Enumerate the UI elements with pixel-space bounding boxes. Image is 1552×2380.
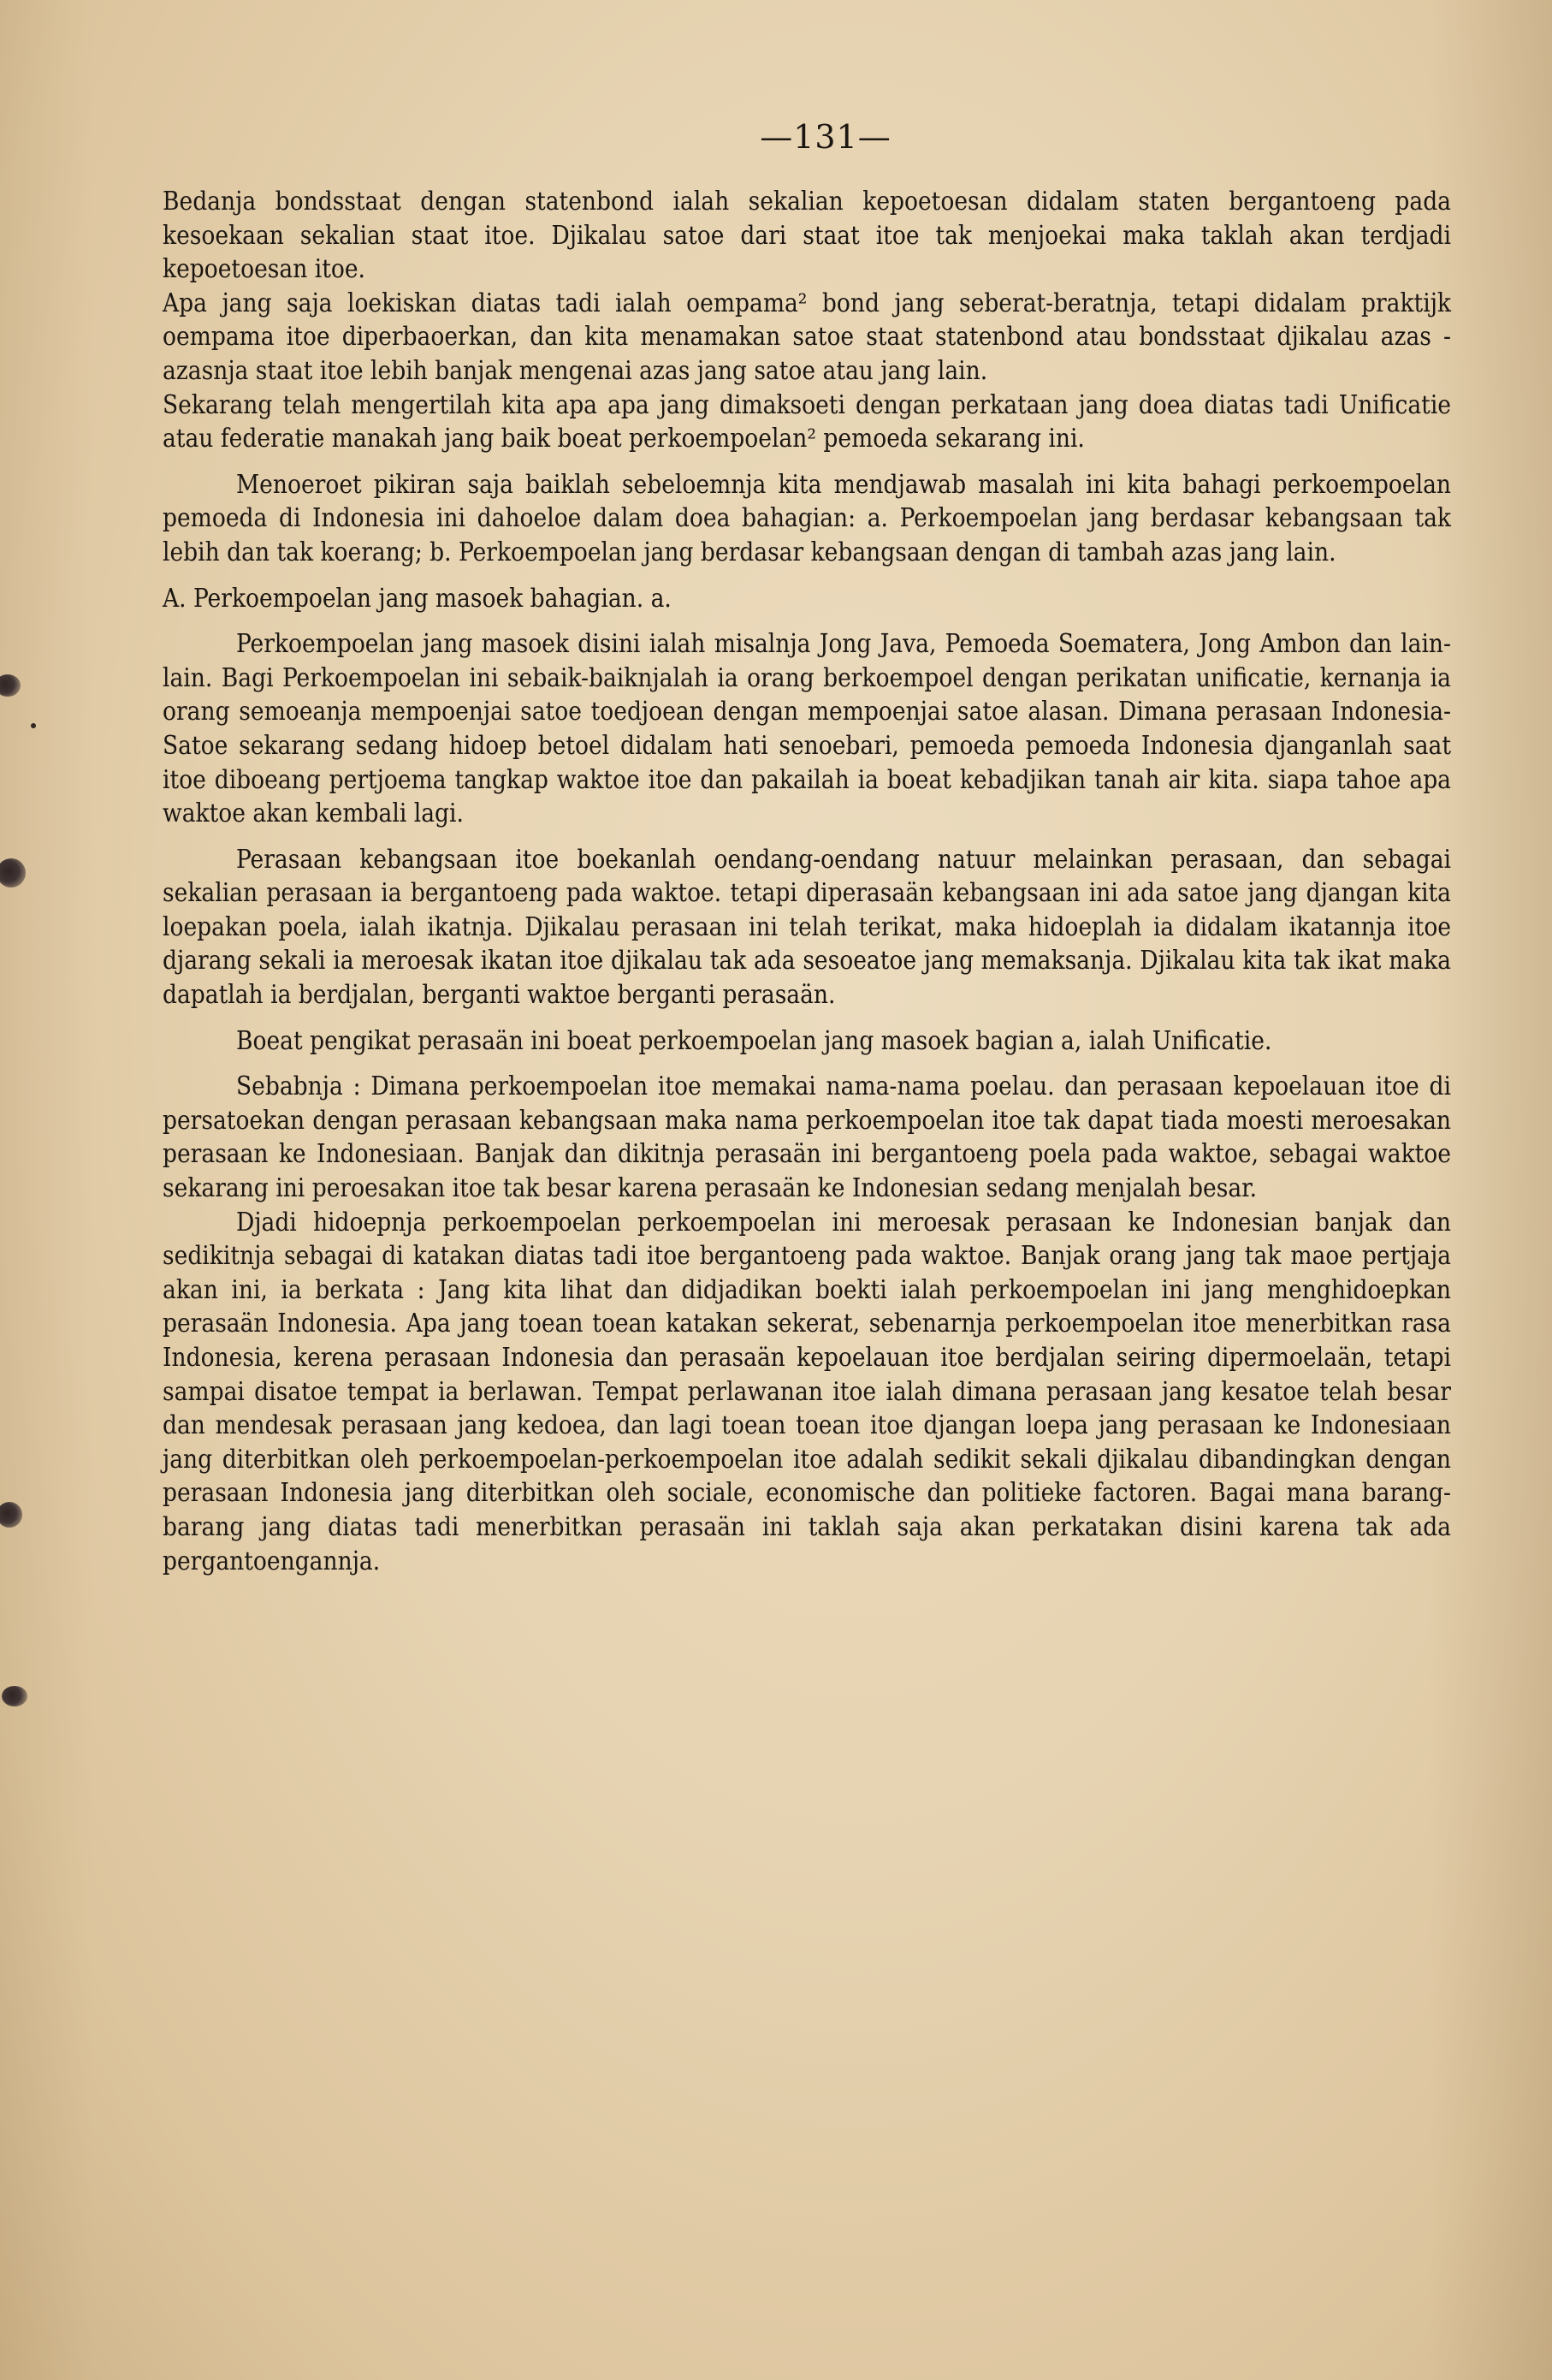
scanned-page: —131— Bedanja bondsstaat dengan statenbo… (0, 0, 1552, 2380)
paragraph: Sebabnja : Dimana perkoempoelan itoe mem… (163, 1070, 1451, 1205)
paragraph: Perkoempoelan jang masoek disini ialah m… (163, 627, 1451, 831)
binding-hole-icon (0, 674, 21, 697)
paragraph: Perasaan kebangsaan itoe boekanlah oenda… (163, 843, 1451, 1012)
binding-hole-icon (2, 1686, 27, 1706)
paragraph: Bedanja bondsstaat dengan statenbond ial… (163, 185, 1451, 287)
binding-hole-icon (0, 858, 26, 887)
paragraph: Apa jang saja loekiskan diatas tadi iala… (163, 287, 1451, 389)
body-text: Bedanja bondsstaat dengan statenbond ial… (163, 185, 1451, 1578)
ink-speck-icon (31, 723, 36, 728)
binding-hole-icon (0, 1502, 22, 1528)
section-heading: A. Perkoempoelan jang masoek bahagian. a… (163, 582, 1451, 616)
paragraph: Djadi hidoepnja perkoempoelan perkoempoe… (163, 1206, 1451, 1579)
paragraph: Boeat pengikat perasaän ini boeat perkoe… (163, 1024, 1451, 1059)
paragraph: Menoeroet pikiran saja baiklah sebeloemn… (163, 468, 1451, 570)
paragraph: Sekarang telah mengertilah kita apa apa … (163, 389, 1451, 456)
page-number: —131— (0, 118, 1552, 156)
